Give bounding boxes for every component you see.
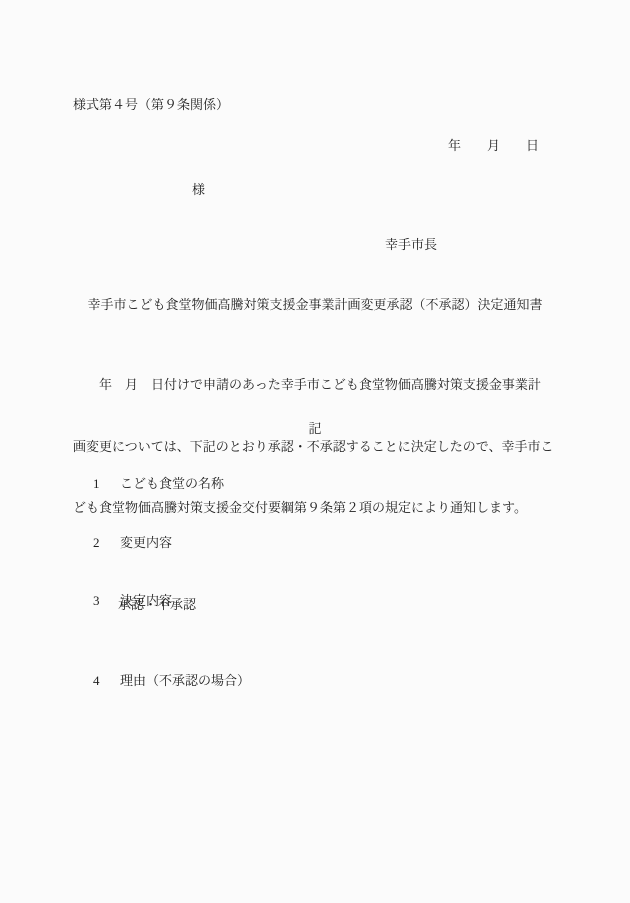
list-item-food-hall-name: 1こども食堂の名称	[80, 457, 224, 508]
decision-options-text: 承認・不承認	[118, 594, 196, 613]
item-label: 理由（不承認の場合）	[120, 673, 250, 688]
record-marker: 記	[0, 418, 630, 437]
document-page: 様式第４号（第９条関係） 年 月 日 様 幸手市長 幸手市こども食堂物価高騰対策…	[0, 0, 630, 903]
item-label: こども食堂の名称	[120, 476, 224, 491]
item-number: 4	[93, 673, 120, 689]
document-title: 幸手市こども食堂物価高騰対策支援金事業計画変更承認（不承認）決定通知書	[0, 294, 630, 313]
form-number: 様式第４号（第９条関係）	[73, 94, 229, 113]
addressee-suffix: 様	[192, 179, 205, 198]
sender-title: 幸手市長	[385, 234, 437, 253]
date-line: 年 月 日	[448, 135, 539, 154]
item-label: 変更内容	[120, 535, 172, 550]
list-item-change-details: 2変更内容	[80, 516, 172, 567]
item-number: 1	[93, 476, 120, 492]
body-line-1: 年 月 日付けで申請のあった幸手市こども食堂物価高騰対策支援金事業計	[73, 375, 563, 396]
body-line-2: 画変更については、下記のとおり承認・不承認することに決定したので、幸手市こ	[73, 437, 563, 458]
item-number: 3	[93, 593, 120, 609]
item-number: 2	[93, 535, 120, 551]
list-item-reason: 4理由（不承認の場合）	[80, 654, 250, 705]
